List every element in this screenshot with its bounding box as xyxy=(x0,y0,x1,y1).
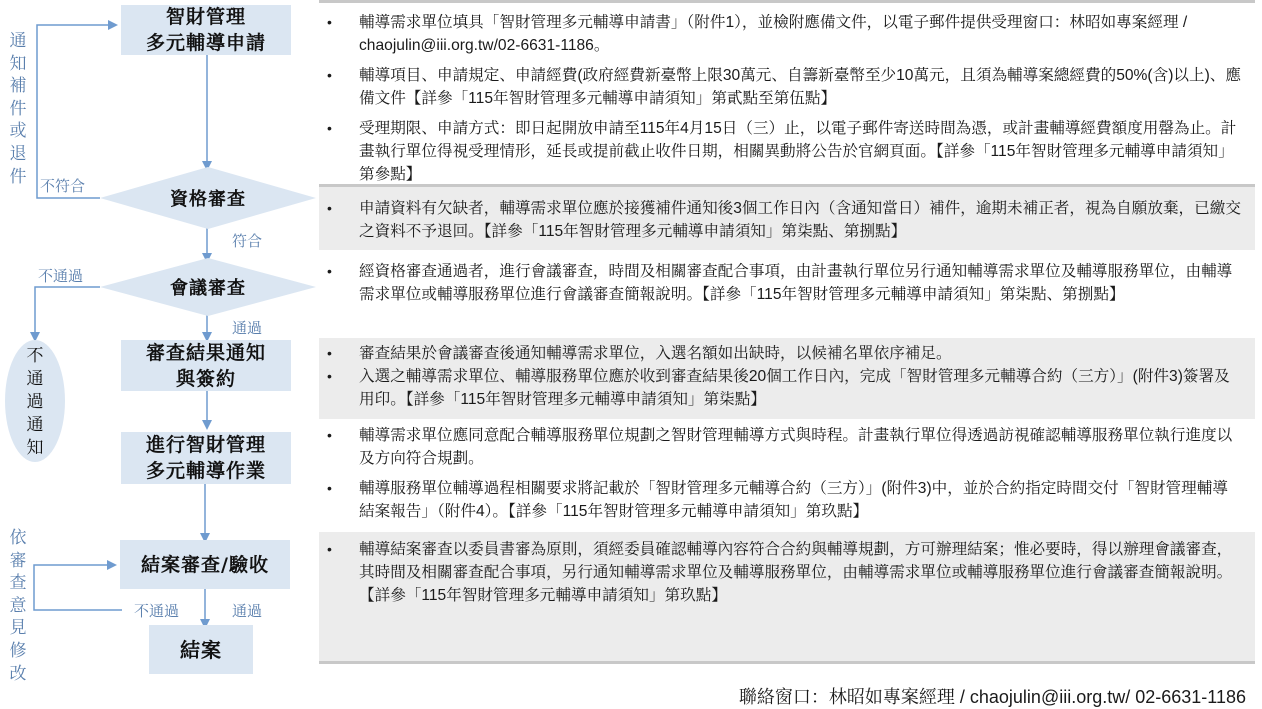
panel-item-text: 申請資料有欠缺者，輔導需求單位應於接獲補件通知後3個工作日內（含通知當日）補件，… xyxy=(359,197,1243,243)
reject-notice-char-4: 知 xyxy=(5,438,65,460)
bullet-icon: • xyxy=(327,260,332,283)
node-qualification-review: 資格審查 xyxy=(100,167,316,229)
side-note-resubmit: 通 知 補 件 或 退 件 xyxy=(8,30,28,188)
bullet-icon: • xyxy=(327,64,332,87)
node-execute-line1: 進行智財管理 xyxy=(146,432,266,458)
panel-item-text: 受理期限、申請方式：即日起開放申請至115年4月15日（三）止，以電子郵件寄送時… xyxy=(359,117,1243,186)
node-reject-notice: 不 通 過 通 知 xyxy=(5,340,65,462)
revise-char: 改 xyxy=(8,663,28,686)
bullet-icon: • xyxy=(327,424,332,447)
reject-notice-char-0: 不 xyxy=(5,346,65,368)
revise-char: 見 xyxy=(8,617,28,640)
panel-item-text: 輔導需求單位應同意配合輔導服務單位規劃之智財管理輔導方式與時程。計畫執行單位得透… xyxy=(359,424,1243,470)
panel-item-text: 輔導結案審查以委員書審為原則，須經委員確認輔導內容符合合約與輔導規劃，方可辦理結… xyxy=(359,538,1243,607)
panel-application: • 輔導需求單位填具「智財管理多元輔導申請書」（附件1），並檢附應備文件，以電子… xyxy=(319,0,1255,185)
resubmit-char: 通 xyxy=(8,30,28,53)
revise-char: 意 xyxy=(8,595,28,618)
node-apply: 智財管理 多元輔導申請 xyxy=(121,5,291,55)
resubmit-char: 補 xyxy=(8,75,28,98)
panel-item-text: 入選之輔導需求單位、輔導服務單位應於收到審查結果後20個工作日內，完成「智財管理… xyxy=(359,365,1243,411)
node-meeting-review: 會議審查 xyxy=(100,258,316,316)
resubmit-char: 知 xyxy=(8,53,28,76)
revise-char: 依 xyxy=(8,527,28,550)
edge-label-not-qualified: 不符合 xyxy=(40,175,85,196)
node-notify-line1: 審查結果通知 xyxy=(146,340,266,366)
node-qualification-label: 資格審查 xyxy=(100,167,316,229)
node-closed: 結案 xyxy=(149,625,253,674)
node-closed-label: 結案 xyxy=(180,637,222,663)
panel-item-text: 經資格審查通過者，進行會議審查，時間及相關審查配合事項，由計畫執行單位另行通知輔… xyxy=(359,260,1243,306)
edge-label-closing-fail: 不通過 xyxy=(134,600,179,621)
bullet-icon: • xyxy=(327,11,332,34)
resubmit-char: 件 xyxy=(8,98,28,121)
node-result-notify: 審查結果通知 與簽約 xyxy=(121,340,291,391)
bullet-icon: • xyxy=(327,342,332,365)
panel-execution: • 輔導需求單位應同意配合輔導服務單位規劃之智財管理輔導方式與時程。計畫執行單位… xyxy=(319,419,1255,532)
node-closing-review-label: 結案審查/驗收 xyxy=(141,552,269,578)
edge-label-qualified: 符合 xyxy=(232,230,262,251)
node-closing-review: 結案審查/驗收 xyxy=(120,540,290,589)
panel-item-text: 輔導項目、申請規定、申請經費(政府經費新臺幣上限30萬元、自籌新臺幣至少10萬元… xyxy=(359,64,1243,110)
revise-char: 審 xyxy=(8,550,28,573)
panel-item-text: 輔導需求單位填具「智財管理多元輔導申請書」（附件1），並檢附應備文件，以電子郵件… xyxy=(359,11,1243,57)
bullet-icon: • xyxy=(327,477,332,500)
panel-item-text: 審查結果於會議審查後通知輔導需求單位，入選名額如出缺時，以候補名單依序補足。 xyxy=(359,342,1243,365)
node-meeting-label: 會議審查 xyxy=(100,258,316,316)
contact-info: 聯絡窗口：林昭如專案經理 / chaojulin@iii.org.tw/ 02-… xyxy=(739,683,1246,709)
reject-notice-char-2: 過 xyxy=(5,392,65,414)
resubmit-char: 件 xyxy=(8,166,28,189)
resubmit-char: 或 xyxy=(8,120,28,143)
edge-label-meeting-fail: 不通過 xyxy=(38,265,83,286)
bullet-icon: • xyxy=(327,365,332,388)
side-note-revise: 依 審 查 意 見 修 改 xyxy=(8,527,28,685)
revise-char: 查 xyxy=(8,572,28,595)
revise-char: 修 xyxy=(8,640,28,663)
edge-label-closing-pass: 通過 xyxy=(232,600,262,621)
node-apply-line2: 多元輔導申請 xyxy=(146,30,266,56)
reject-notice-char-3: 通 xyxy=(5,415,65,437)
panel-qualification: • 申請資料有欠缺者，輔導需求單位應於接獲補件通知後3個工作日內（含通知當日）補… xyxy=(319,184,1255,250)
bullet-icon: • xyxy=(327,538,332,561)
edge-label-meeting-pass: 通過 xyxy=(232,317,262,338)
node-apply-line1: 智財管理 xyxy=(146,4,266,30)
panel-item-text: 輔導服務單位輔導過程相關要求將記載於「智財管理多元輔導合約（三方）」(附件3)中… xyxy=(359,477,1243,523)
panel-closing: • 輔導結案審查以委員書審為原則，須經委員確認輔導內容符合合約與輔導規劃，方可辦… xyxy=(319,532,1255,664)
node-execute: 進行智財管理 多元輔導作業 xyxy=(121,432,291,484)
node-execute-line2: 多元輔導作業 xyxy=(146,458,266,484)
bullet-icon: • xyxy=(327,117,332,140)
resubmit-char: 退 xyxy=(8,143,28,166)
panel-result-contract: • 審查結果於會議審查後通知輔導需求單位，入選名額如出缺時，以候補名單依序補足。… xyxy=(319,338,1255,419)
panel-meeting: • 經資格審查通過者，進行會議審查，時間及相關審查配合事項，由計畫執行單位另行通… xyxy=(319,250,1255,338)
bullet-icon: • xyxy=(327,197,332,220)
node-notify-line2: 與簽約 xyxy=(146,366,266,392)
reject-notice-char-1: 通 xyxy=(5,369,65,391)
